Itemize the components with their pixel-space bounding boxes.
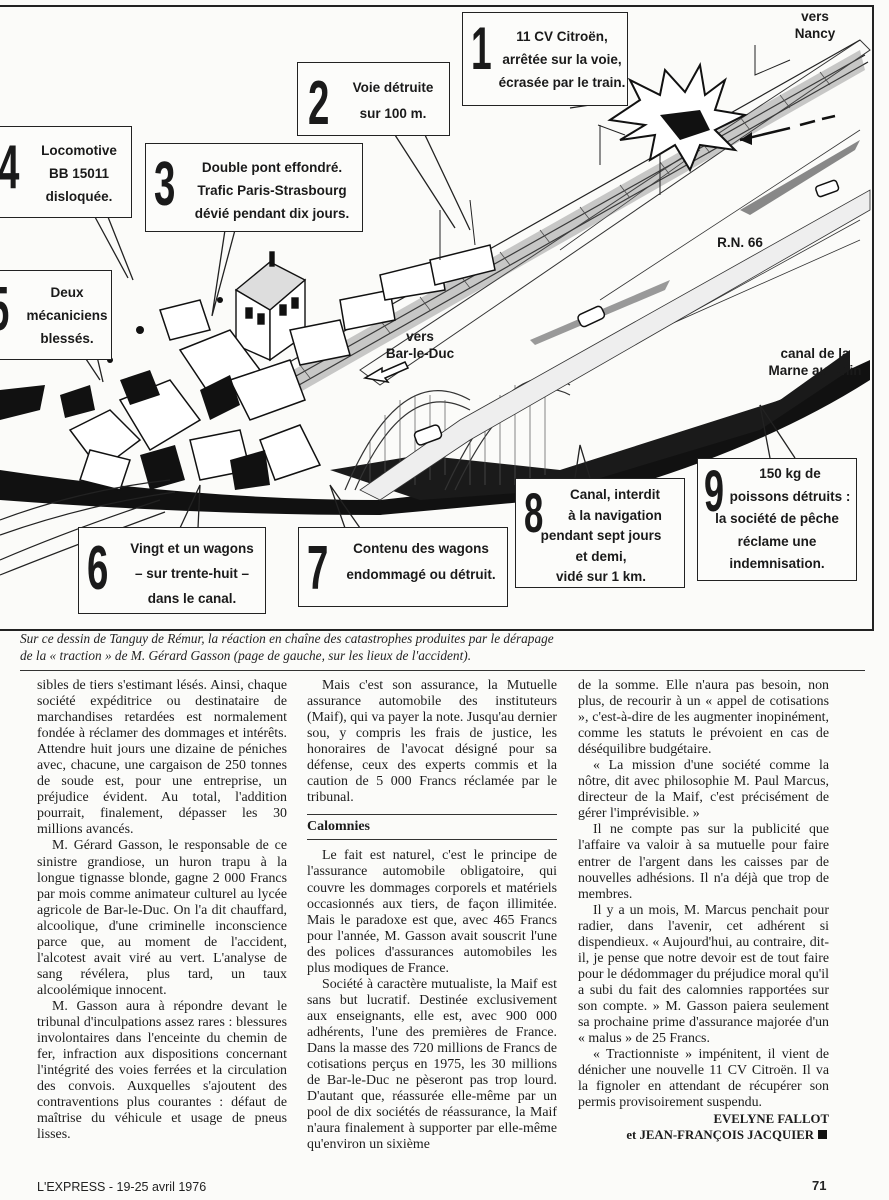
article-column-2: Mais c'est son assurance, la Mutuelle as… [307, 678, 557, 1153]
callout-6: 6 Vingt et un wagons – sur trente-huit –… [78, 527, 266, 614]
callout-text: Voie détruite sur 100 m. [338, 75, 448, 127]
callout-text: Canal, interdit à la navigation pendant … [516, 485, 686, 588]
article-column-3: de la somme. Elle n'aura pas besoin, non… [578, 678, 829, 1143]
callout-number: 7 [307, 538, 327, 600]
callout-9: 9 150 kg de poissons détruits : la socié… [697, 458, 857, 581]
page-number: 71 [812, 1178, 826, 1193]
label-vers-bar-le-duc: vers Bar-le-Duc [375, 328, 465, 362]
callout-text: Double pont effondré. Trafic Paris-Stras… [182, 156, 362, 225]
publication-footer: L'EXPRESS - 19-25 avril 1976 [37, 1180, 206, 1194]
callout-text: 150 kg de poissons détruits : la société… [698, 463, 856, 576]
paragraph: de la somme. Elle n'aura pas besoin, non… [578, 678, 829, 758]
callout-number: 1 [471, 19, 490, 79]
paragraph: « Tractionniste » impénitent, il vient d… [578, 1047, 829, 1111]
callout-8: 8 Canal, interdit à la navigation pendan… [515, 478, 685, 588]
paragraph: « La mission d'une société comme la nôtr… [578, 758, 829, 822]
subhead-divider [307, 814, 557, 815]
callout-text: Contenu des wagons endommagé ou détruit. [335, 536, 507, 588]
callout-number: 5 [0, 279, 8, 341]
paragraph: Le fait est naturel, c'est le principe d… [307, 848, 557, 976]
callout-text: 11 CV Citroën, arrêtée sur la voie, écra… [497, 25, 627, 94]
accident-illustration: 1 11 CV Citroën, arrêtée sur la voie, éc… [0, 0, 889, 630]
label-rn66: R.N. 66 [700, 234, 780, 251]
section-subheading: Calomnies [307, 819, 557, 835]
paragraph: M. Gasson aura à répondre devant le trib… [37, 999, 287, 1143]
callout-3: 3 Double pont effondré. Trafic Paris-Str… [145, 143, 363, 232]
author-byline-1: EVELYNE FALLOT [578, 1111, 829, 1127]
article-column-1: sibles de tiers s'estimant lésés. Ainsi,… [37, 678, 287, 1143]
paragraph: Mais c'est son assurance, la Mutuelle as… [307, 678, 557, 806]
paragraph: sibles de tiers s'estimant lésés. Ainsi,… [37, 678, 287, 838]
callout-text: Deux mécaniciens blessés. [22, 281, 112, 350]
callout-2: 2 Voie détruite sur 100 m. [297, 62, 450, 136]
callout-number: 2 [308, 73, 328, 135]
author-byline-2: et JEAN-FRANÇOIS JACQUIER [578, 1127, 829, 1143]
label-vers-nancy: vers Nancy [780, 8, 850, 42]
callout-text: Locomotive BB 15011 disloquée. [26, 139, 132, 208]
paragraph: M. Gérard Gasson, le responsable de ce s… [37, 838, 287, 998]
callout-text: Vingt et un wagons – sur trente-huit – d… [119, 536, 265, 611]
callout-number: 6 [87, 538, 107, 600]
callout-5: 5 Deux mécaniciens blessés. [0, 270, 112, 360]
paragraph: Société à caractère mutualiste, la Maif … [307, 977, 557, 1154]
callout-number: 4 [0, 137, 18, 199]
paragraph: Il y a un mois, M. Marcus penchait pour … [578, 903, 829, 1047]
caption-divider [20, 670, 865, 671]
label-canal-marne-rhin: canal de la Marne au Rhin [765, 345, 865, 379]
callout-number: 3 [154, 154, 174, 216]
paragraph: Il ne compte pas sur la publicité que l'… [578, 822, 829, 902]
end-mark-icon [818, 1130, 827, 1139]
callout-4: 4 Locomotive BB 15011 disloquée. [0, 126, 132, 218]
callout-7: 7 Contenu des wagons endommagé ou détrui… [298, 527, 508, 607]
callout-1: 1 11 CV Citroën, arrêtée sur la voie, éc… [462, 12, 628, 106]
subhead-divider [307, 839, 557, 840]
illustration-caption: Sur ce dessin de Tanguy de Rémur, la réa… [20, 630, 865, 664]
